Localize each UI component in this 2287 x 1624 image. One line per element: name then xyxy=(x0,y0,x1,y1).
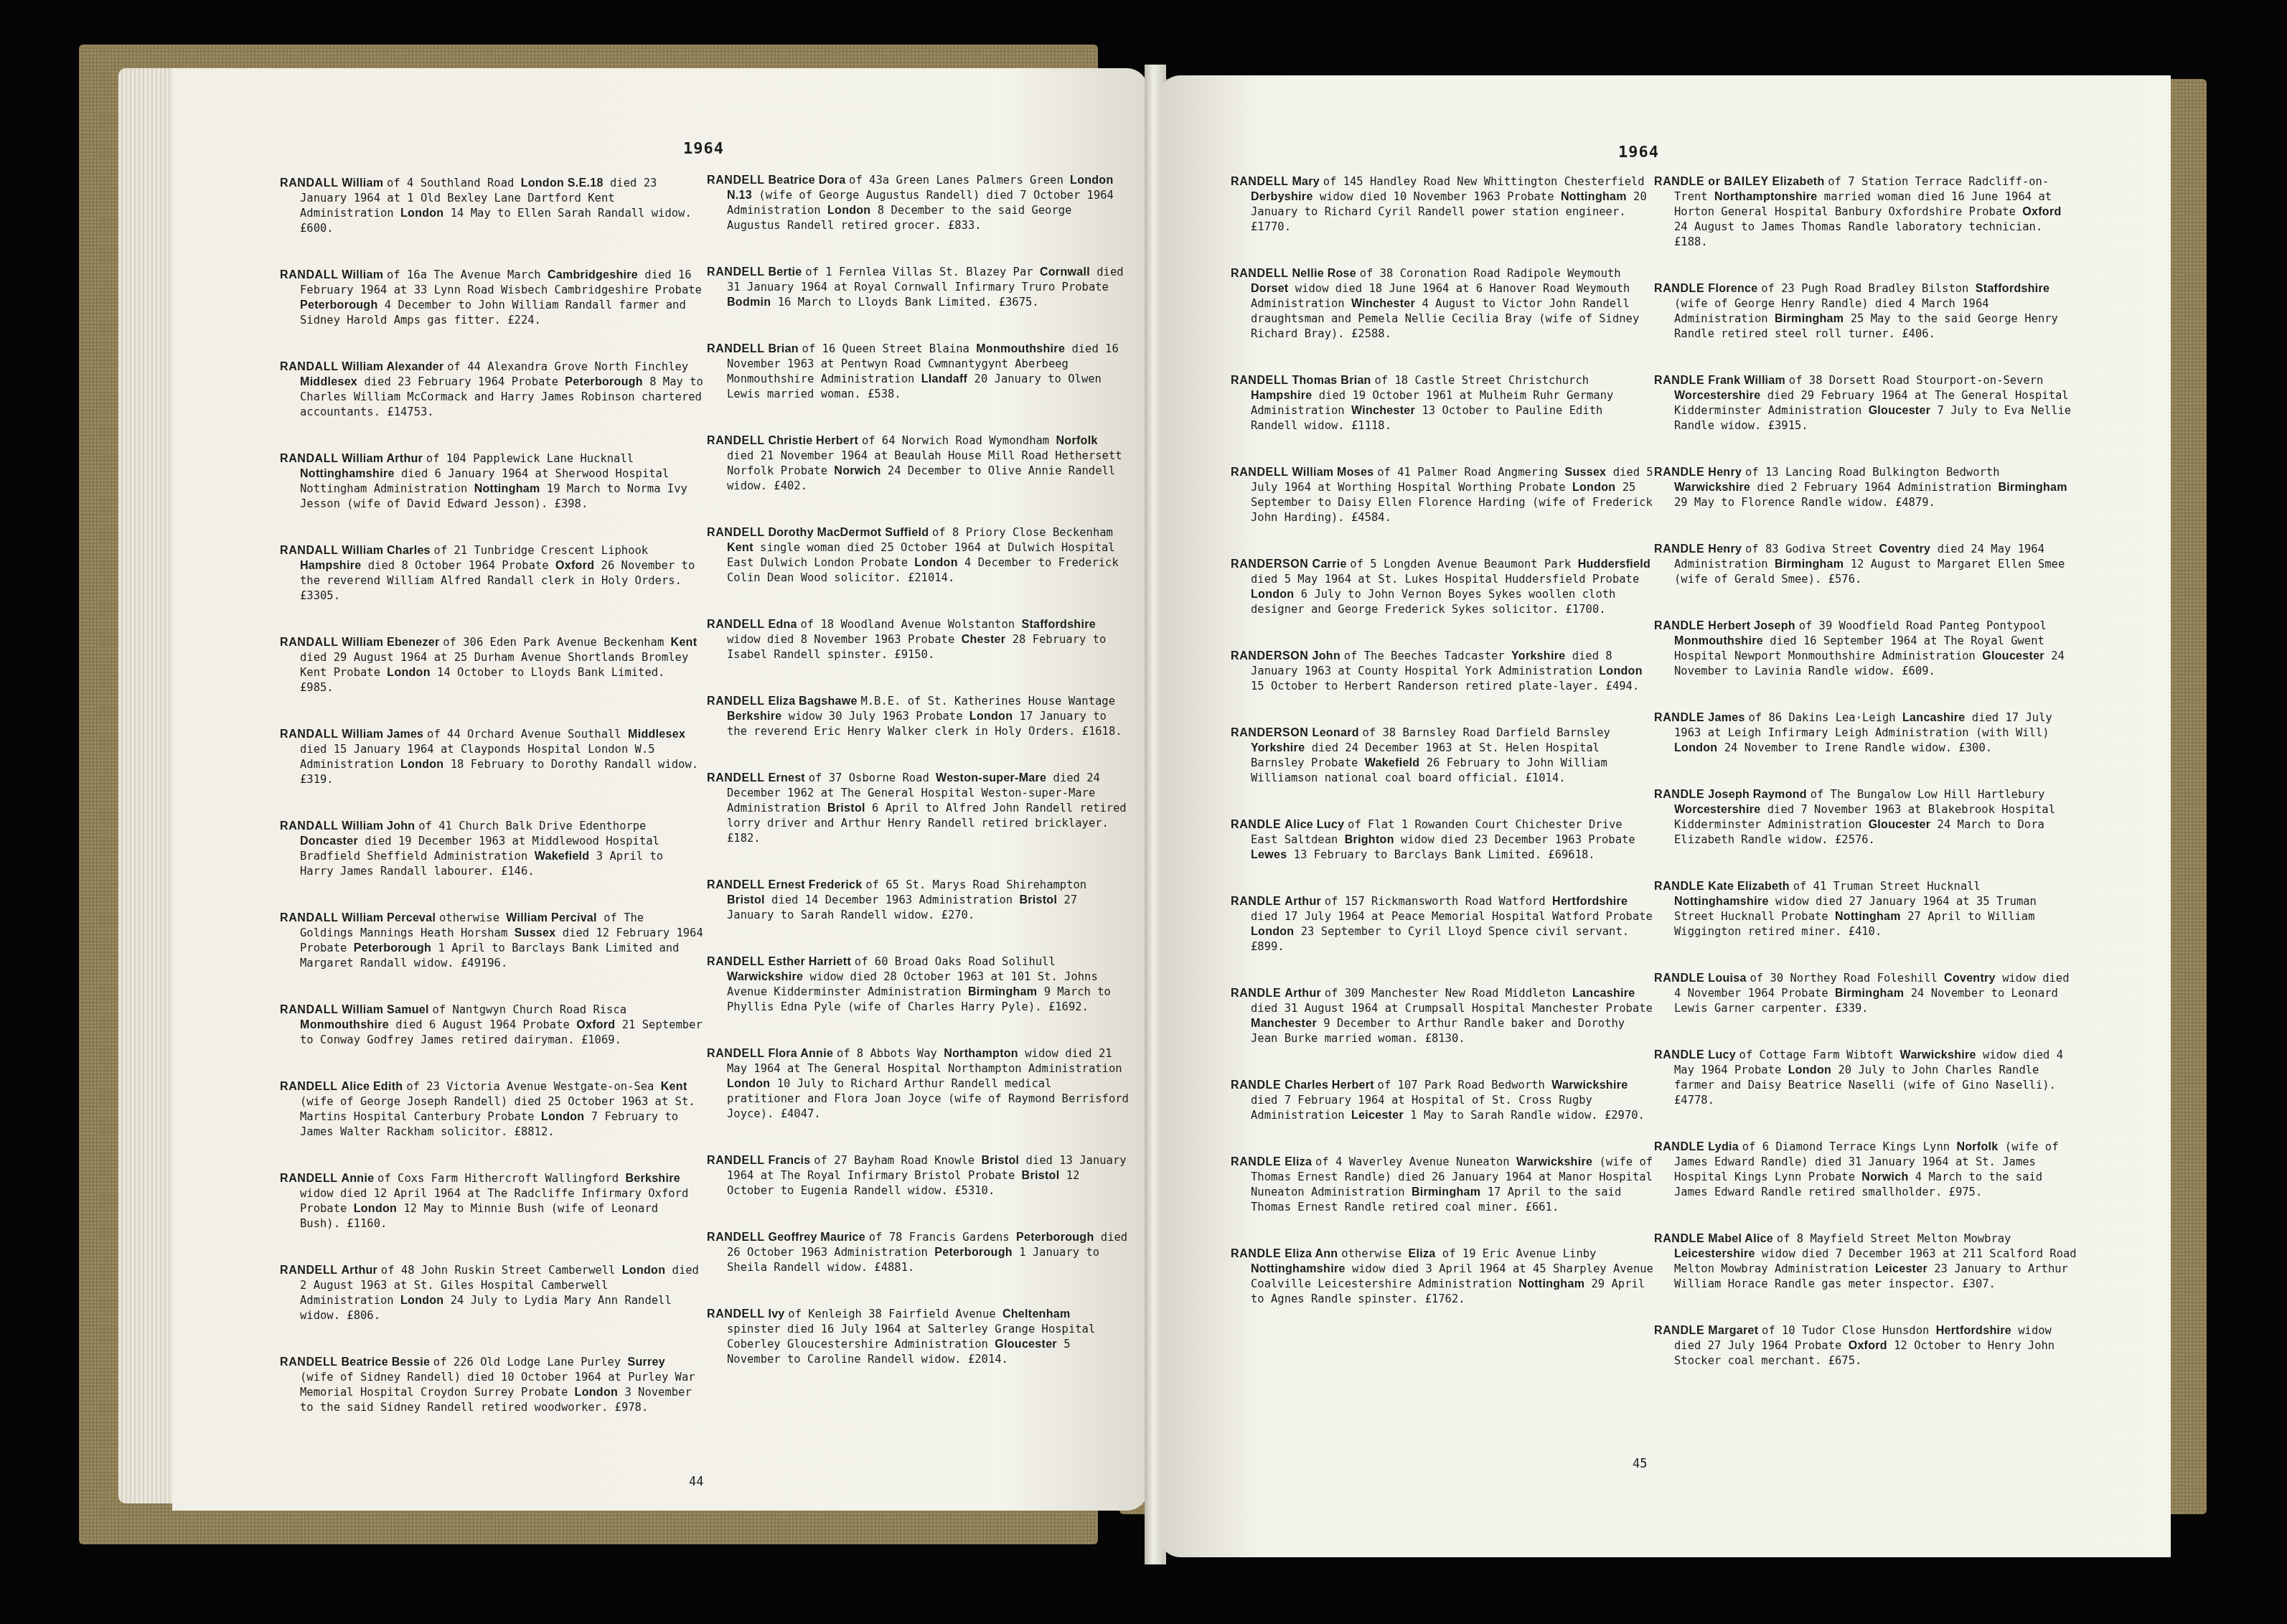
probate-entry: RANDALL William James of 44 Orchard Aven… xyxy=(280,727,703,787)
entry-given-names: Arthur xyxy=(1285,987,1324,1000)
probate-entry: RANDLE Arthur of 157 Rickmansworth Road … xyxy=(1231,894,1654,954)
entry-place-bold: Brighton xyxy=(1345,834,1394,846)
entry-given-names: Frank William xyxy=(1708,375,1789,387)
entry-place-bold: Bristol xyxy=(827,802,865,815)
probate-entry: RANDLE Frank William of 38 Dorsett Road … xyxy=(1654,373,2077,433)
probate-entry: RANDLE Louisa of 30 Northey Road Foleshi… xyxy=(1654,971,2077,1016)
entry-place-bold: Leicestershire xyxy=(1674,1248,1755,1260)
probate-entry: RANDALL William John of 41 Church Balk D… xyxy=(280,819,703,879)
entry-place-bold: Nottingham xyxy=(1835,911,1901,923)
entry-place-bold: Chester xyxy=(962,634,1006,646)
entry-surname: RANDALL xyxy=(280,545,342,557)
probate-entry: RANDLE Henry of 83 Godiva Street Coventr… xyxy=(1654,542,2077,587)
entry-surname: RANDELL xyxy=(707,1155,768,1167)
entry-place-bold: Sussex xyxy=(1564,466,1606,479)
entry-given-names: Beatrice Dora xyxy=(768,174,849,187)
probate-entry: RANDELL Thomas Brian of 18 Castle Street… xyxy=(1231,373,1654,433)
entry-place-bold: London xyxy=(727,1078,770,1090)
entry-place-bold: Birmingham xyxy=(968,986,1037,998)
probate-entry: RANDELL Arthur of 48 John Ruskin Street … xyxy=(280,1263,703,1323)
entry-given-names: Ernest Frederick xyxy=(768,879,865,891)
entry-given-names: Arthur xyxy=(1285,896,1324,908)
entry-place-bold: Huddersfield xyxy=(1578,558,1650,571)
probate-entry: RANDLE Henry of 13 Lancing Road Bulkingt… xyxy=(1654,465,2077,510)
entry-place-bold: Nottingham xyxy=(1561,191,1627,203)
entry-place-bold: Coventry xyxy=(1879,543,1931,555)
entry-given-names: John xyxy=(1312,650,1344,662)
probate-entry: RANDELL Geoffrey Maurice of 78 Francis G… xyxy=(707,1230,1130,1275)
year-heading: 1964 xyxy=(1618,144,1659,161)
entry-place-bold: Middlesex xyxy=(628,728,685,741)
entry-given-names: Annie xyxy=(341,1173,377,1185)
entry-place-bold: Lewes xyxy=(1251,849,1287,861)
entry-place-bold: London xyxy=(541,1111,584,1123)
probate-entry: RANDLE Florence of 23 Pugh Road Bradley … xyxy=(1654,281,2077,342)
entry-place-bold: Norfolk xyxy=(1956,1141,1998,1153)
entry-surname: RANDELL xyxy=(707,879,768,891)
entry-given-names: William Ebenezer xyxy=(342,637,443,649)
entry-place-bold: Gloucester xyxy=(1982,650,2044,662)
probate-entry: RANDELL Esther Harriett of 60 Broad Oaks… xyxy=(707,954,1130,1015)
entry-place-bold: Kent xyxy=(727,542,753,554)
probate-entry: RANDELL Brian of 16 Queen Street Blaina … xyxy=(707,342,1130,402)
entry-surname: RANDLE xyxy=(1231,1156,1285,1168)
probate-entry: RANDELL Alice Edith of 23 Victoria Avenu… xyxy=(280,1079,703,1140)
entry-place-bold: Gloucester xyxy=(995,1338,1057,1351)
probate-entry: RANDLE Eliza Ann otherwise Eliza of 19 E… xyxy=(1231,1247,1654,1307)
entry-given-names: Arthur xyxy=(341,1264,380,1277)
probate-entry: RANDLE Charles Herbert of 107 Park Road … xyxy=(1231,1078,1654,1123)
entry-place-bold: Leicester xyxy=(1351,1109,1404,1122)
entry-given-names: William John xyxy=(342,820,418,832)
probate-entry: RANDLE Lucy of Cottage Farm Wibtoft Warw… xyxy=(1654,1048,2077,1108)
entry-place-bold: London xyxy=(1788,1064,1831,1076)
entry-place-bold: Cambridgeshire xyxy=(548,269,638,281)
entry-given-names: Alice Lucy xyxy=(1285,819,1348,831)
probate-entry: RANDELL Beatrice Dora of 43a Green Lanes… xyxy=(707,173,1130,233)
entry-place-bold: Yorkshire xyxy=(1251,742,1305,754)
entry-place-bold: Kent xyxy=(661,1081,687,1093)
entry-given-names: Elizabeth xyxy=(1772,176,1828,188)
entry-place-bold: Wakefield xyxy=(535,850,590,863)
entry-given-names: Carrie xyxy=(1312,558,1351,571)
entry-surname: RANDLE xyxy=(1654,543,1708,555)
entry-place-bold: Surrey xyxy=(627,1356,665,1369)
entry-place-bold: Llandaff xyxy=(921,373,968,385)
probate-entry: RANDELL Eliza Bagshawe M.B.E. of St. Kat… xyxy=(707,694,1130,739)
entry-place-bold: Kent xyxy=(671,637,698,649)
probate-entry: RANDELL Flora Annie of 8 Abbots Way Nort… xyxy=(707,1046,1130,1122)
entry-surname: RANDLE xyxy=(1654,1325,1708,1337)
entry-surname: RANDELL xyxy=(707,1048,768,1060)
entry-place-bold: Nottinghamshire xyxy=(1674,896,1769,908)
entry-given-names: Lydia xyxy=(1708,1141,1742,1153)
entry-place-bold: Peterborough xyxy=(934,1247,1013,1259)
entry-given-names: Flora Annie xyxy=(768,1048,836,1060)
entry-place-bold: Hampshire xyxy=(300,560,361,572)
probate-entry: RANDELL Bertie of 1 Fernlea Villas St. B… xyxy=(707,265,1130,310)
left-page-column-1: RANDALL William of 4 Southland Road Lond… xyxy=(280,176,703,1447)
right-page: 1964 RANDELL Mary of 145 Handley Road Ne… xyxy=(1159,75,2171,1557)
entry-place-bold: London xyxy=(914,557,957,569)
entry-surname: RANDELL xyxy=(1231,466,1292,479)
entry-given-names: Mary xyxy=(1292,176,1323,188)
entry-place-bold: Gloucester xyxy=(1869,405,1931,417)
entry-given-names: Ernest xyxy=(768,772,808,784)
entry-place-bold: London xyxy=(969,710,1013,723)
entry-given-names: Geoffrey Maurice xyxy=(768,1231,868,1244)
probate-entry: RANDLE Eliza of 4 Waverley Avenue Nuneat… xyxy=(1231,1155,1654,1215)
entry-surname: RANDLE xyxy=(1654,466,1708,479)
entry-given-names: James xyxy=(1708,712,1748,724)
entry-place-bold: London xyxy=(387,667,430,679)
entry-place-bold: Worcestershire xyxy=(1674,804,1760,816)
entry-surname: RANDELL xyxy=(707,174,768,187)
probate-entry: RANDELL Ivy of Kenleigh 38 Fairfield Ave… xyxy=(707,1307,1130,1367)
page-number: 44 xyxy=(689,1475,703,1489)
entry-place-bold: Warwickshire xyxy=(1551,1079,1628,1092)
probate-entry: RANDERSON Carrie of 5 Longden Avenue Bea… xyxy=(1231,557,1654,617)
entry-given-names: Eliza Bagshawe xyxy=(768,695,860,708)
entry-given-names: Lucy xyxy=(1708,1049,1739,1061)
probate-entry: RANDLE Herbert Joseph of 39 Woodfield Ro… xyxy=(1654,619,2077,679)
entry-given-names: Margaret xyxy=(1708,1325,1762,1337)
entry-place-bold: Northampton xyxy=(944,1048,1018,1060)
entry-given-names: Eliza Ann xyxy=(1285,1248,1341,1260)
entry-given-names: Charles Herbert xyxy=(1285,1079,1377,1092)
probate-entry: RANDALL William Ebenezer of 306 Eden Par… xyxy=(280,635,703,695)
entry-place-bold: London xyxy=(575,1386,618,1399)
probate-entry: RANDALL William Charles of 21 Tunbridge … xyxy=(280,543,703,604)
entry-surname: RANDELL xyxy=(707,343,768,355)
entry-place-bold: Peterborough xyxy=(1016,1231,1094,1244)
entry-place-bold: Birmingham xyxy=(1412,1186,1480,1198)
entry-given-names: Ivy xyxy=(768,1308,788,1320)
probate-entry: RANDLE or BAILEY Elizabeth of 7 Station … xyxy=(1654,174,2077,250)
entry-place-bold: Peterborough xyxy=(300,299,378,311)
probate-entry: RANDLE James of 86 Dakins Lea·Leigh Lanc… xyxy=(1654,710,2077,756)
probate-entry: RANDLE Alice Lucy of Flat 1 Rowanden Cou… xyxy=(1231,817,1654,863)
entry-given-names: Beatrice Bessie xyxy=(341,1356,433,1369)
entry-surname: RANDALL xyxy=(280,637,342,649)
entry-given-names: Esther Harriett xyxy=(768,956,854,968)
entry-place-bold: Hampshire xyxy=(1251,390,1312,402)
entry-surname: RANDLE xyxy=(1231,896,1285,908)
entry-given-names: William James xyxy=(342,728,427,741)
entry-place-bold: Worcestershire xyxy=(1674,390,1760,402)
entry-place-bold: London xyxy=(1251,588,1294,601)
entry-place-bold: Winchester xyxy=(1351,405,1415,417)
probate-entry: RANDELL Francis of 27 Bayham Road Knowle… xyxy=(707,1153,1130,1198)
entry-given-names: William Charles xyxy=(342,545,433,557)
entry-place-bold: Bristol xyxy=(727,894,765,906)
entry-surname: RANDLE xyxy=(1231,1248,1285,1260)
entry-place-bold: Yorkshire xyxy=(1511,650,1565,662)
probate-entry: RANDELL Ernest Frederick of 65 St. Marys… xyxy=(707,878,1130,923)
entry-surname: RANDELL xyxy=(707,956,768,968)
entry-place-bold: Nottingham xyxy=(474,483,540,495)
entry-surname: RANDERSON xyxy=(1231,558,1312,571)
entry-surname: RANDELL xyxy=(280,1356,341,1369)
entry-place-bold: Manchester xyxy=(1251,1018,1317,1030)
probate-entry: RANDELL Mary of 145 Handley Road New Whi… xyxy=(1231,174,1654,235)
entry-place-bold: London xyxy=(1251,926,1294,938)
entry-place-bold: Norwich xyxy=(834,465,880,477)
entry-surname: RANDELL xyxy=(707,619,768,631)
entry-place-bold: Nottinghamshire xyxy=(1251,1263,1346,1275)
probate-entry: RANDELL Edna of 18 Woodland Avenue Wolst… xyxy=(707,617,1130,662)
entry-surname: RANDLE xyxy=(1654,283,1708,295)
entry-surname: RANDELL xyxy=(280,1264,341,1277)
entry-surname: RANDLE xyxy=(1654,789,1708,801)
entry-place-bold: Lancashire xyxy=(1902,712,1965,724)
entry-place-bold: London xyxy=(1572,482,1615,494)
entry-place-bold: William Percival xyxy=(506,912,597,924)
entry-place-bold: Oxford xyxy=(576,1019,615,1031)
entry-given-names: Christie Herbert xyxy=(768,435,861,447)
entry-place-bold: Warwickshire xyxy=(1516,1156,1592,1168)
year-heading: 1964 xyxy=(683,140,724,158)
entry-place-bold: Doncaster xyxy=(300,835,358,848)
entry-place-bold: Birmingham xyxy=(1775,558,1844,571)
probate-entry: RANDALL William of 16a The Avenue March … xyxy=(280,268,703,328)
entry-place-bold: Cornwall xyxy=(1040,266,1090,278)
entry-given-names: Henry xyxy=(1708,466,1745,479)
entry-given-names: William Moses xyxy=(1292,466,1377,479)
left-page-column-2: RANDELL Beatrice Dora of 43a Green Lanes… xyxy=(707,173,1130,1399)
entry-place-bold: London xyxy=(354,1203,397,1215)
entry-place-bold: Middlesex xyxy=(300,376,357,388)
entry-given-names: Joseph Raymond xyxy=(1708,789,1810,801)
entry-surname: RANDLE xyxy=(1654,712,1708,724)
entry-surname: RANDELL xyxy=(1231,375,1292,387)
entry-surname: RANDLE xyxy=(1654,1141,1708,1153)
probate-entry: RANDALL William Samuel of Nantgwyn Churc… xyxy=(280,1003,703,1048)
entry-place-bold: Cheltenham xyxy=(1002,1308,1071,1320)
entry-given-names: Florence xyxy=(1708,283,1761,295)
entry-surname: RANDELL xyxy=(707,1231,768,1244)
entry-place-bold: Monmouthshire xyxy=(1674,635,1763,647)
entry-place-bold: Warwickshire xyxy=(1900,1049,1976,1061)
probate-entry: RANDALL William Alexander of 44 Alexandr… xyxy=(280,360,703,420)
entry-surname: RANDERSON xyxy=(1231,650,1312,662)
entry-surname: RANDALL xyxy=(280,1004,342,1016)
entry-surname: RANDLE xyxy=(1654,1233,1708,1245)
entry-surname: RANDLE xyxy=(1654,375,1708,387)
entry-place-bold: Norwich xyxy=(1861,1171,1908,1183)
entry-place-bold: Dorset xyxy=(1251,283,1288,295)
entry-place-bold: London xyxy=(827,205,870,217)
entry-surname: RANDELL xyxy=(1231,176,1292,188)
entry-surname: RANDELL xyxy=(707,772,768,784)
entry-surname: RANDLE xyxy=(1654,881,1708,893)
entry-place-bold: Bristol xyxy=(1022,1170,1060,1182)
entry-place-bold: Birmingham xyxy=(1835,987,1904,1000)
entry-surname: RANDALL xyxy=(280,912,342,924)
entry-place-bold: Monmouthshire xyxy=(300,1019,389,1031)
entry-given-names: Kate Elizabeth xyxy=(1708,881,1793,893)
probate-entry: RANDLE Mabel Alice of 8 Mayfield Street … xyxy=(1654,1231,2077,1292)
probate-entry: RANDLE Kate Elizabeth of 41 Truman Stree… xyxy=(1654,879,2077,939)
probate-entry: RANDALL William Arthur of 104 Papplewick… xyxy=(280,451,703,512)
entry-surname: RANDALL xyxy=(280,269,342,281)
entry-place-bold: Warwickshire xyxy=(1674,482,1750,494)
entry-surname: RANDELL xyxy=(707,1308,768,1320)
entry-place-bold: Wakefield xyxy=(1365,757,1420,769)
entry-place-bold: Winchester xyxy=(1351,298,1415,310)
entry-place-bold: Eliza xyxy=(1409,1248,1436,1260)
entry-place-bold: Oxford xyxy=(1849,1340,1887,1352)
entry-place-bold: Hertfordshire xyxy=(1552,896,1628,908)
probate-entry: RANDLE Arthur of 309 Manchester New Road… xyxy=(1231,986,1654,1046)
entry-place-bold: London xyxy=(400,759,443,771)
entry-surname: RANDLE xyxy=(1231,819,1285,831)
entry-place-bold: Staffordshire xyxy=(1976,283,2049,295)
entry-surname: RANDLE or BAILEY xyxy=(1654,176,1772,188)
entry-given-names: Thomas Brian xyxy=(1292,375,1374,387)
entry-given-names: William xyxy=(342,177,387,189)
entry-place-bold: Hertfordshire xyxy=(1936,1325,2011,1337)
entry-given-names: Leonard xyxy=(1312,727,1363,739)
entry-place-bold: Warwickshire xyxy=(727,971,803,983)
entry-surname: RANDLE xyxy=(1654,620,1708,632)
entry-surname: RANDELL xyxy=(280,1173,341,1185)
entry-surname: RANDLE xyxy=(1231,1079,1285,1092)
entry-place-bold: Weston-super-Mare xyxy=(936,772,1046,784)
entry-surname: RANDALL xyxy=(280,177,342,189)
entry-given-names: William xyxy=(342,269,387,281)
entry-given-names: Bertie xyxy=(768,266,805,278)
entry-given-names: William Alexander xyxy=(342,361,447,373)
entry-place-bold: London xyxy=(1674,742,1717,754)
entry-surname: RANDALL xyxy=(280,361,342,373)
entry-surname: RANDELL xyxy=(707,527,768,539)
probate-entry: RANDLE Lydia of 6 Diamond Terrace Kings … xyxy=(1654,1140,2077,1200)
probate-entry: RANDALL William Perceval otherwise Willi… xyxy=(280,911,703,971)
entry-place-bold: Peterborough xyxy=(565,376,643,388)
entry-given-names: Herbert Joseph xyxy=(1708,620,1798,632)
probate-entry: RANDELL Annie of Coxs Farm Hithercroft W… xyxy=(280,1171,703,1231)
entry-place-bold: Sussex xyxy=(515,927,556,939)
entry-given-names: Francis xyxy=(768,1155,814,1167)
right-page-column-2: RANDLE or BAILEY Elizabeth of 7 Station … xyxy=(1654,174,2077,1400)
entry-place-bold: Coventry xyxy=(1944,972,1996,985)
entry-surname: RANDELL xyxy=(707,435,768,447)
probate-entry: RANDLE Margaret of 10 Tudor Close Hunsdo… xyxy=(1654,1323,2077,1369)
entry-surname: RANDERSON xyxy=(1231,727,1312,739)
entry-place-bold: London xyxy=(400,207,443,220)
entry-place-bold: Birmingham xyxy=(1998,482,2067,494)
probate-entry: RANDELL Nellie Rose of 38 Coronation Roa… xyxy=(1231,266,1654,342)
left-page: 1964 RANDALL William of 4 Southland Road… xyxy=(172,68,1148,1511)
entry-surname: RANDALL xyxy=(280,728,342,741)
probate-entry: RANDELL Dorothy MacDermot Suffield of 8 … xyxy=(707,525,1130,586)
entry-surname: RANDLE xyxy=(1654,1049,1708,1061)
entry-given-names: Henry xyxy=(1708,543,1745,555)
entry-place-bold: Gloucester xyxy=(1869,819,1931,831)
entry-given-names: Alice Edith xyxy=(341,1081,406,1093)
entry-surname: RANDELL xyxy=(707,266,768,278)
probate-entry: RANDERSON John of The Beeches Tadcaster … xyxy=(1231,649,1654,694)
entry-place-bold: London xyxy=(622,1264,665,1277)
entry-surname: RANDALL xyxy=(280,820,342,832)
entry-place-bold: Bristol xyxy=(1019,894,1057,906)
entry-place-bold: Monmouthshire xyxy=(976,343,1065,355)
right-page-column-1: RANDELL Mary of 145 Handley Road New Whi… xyxy=(1231,174,1654,1338)
entry-given-names: William Arthur xyxy=(342,453,426,465)
probate-entry: RANDERSON Leonard of 38 Barnsley Road Da… xyxy=(1231,726,1654,786)
probate-entry: RANDELL William Moses of 41 Palmer Road … xyxy=(1231,465,1654,525)
entry-given-names: William Perceval xyxy=(342,912,439,924)
page-number: 45 xyxy=(1633,1457,1647,1471)
probate-entry: RANDELL Beatrice Bessie of 226 Old Lodge… xyxy=(280,1355,703,1415)
entry-place-bold: London xyxy=(1599,665,1642,677)
entry-surname: RANDELL xyxy=(707,695,768,708)
entry-place-bold: Staffordshire xyxy=(1021,619,1095,631)
entry-place-bold: Nottingham xyxy=(1518,1278,1584,1290)
entry-place-bold: Northamptonshire xyxy=(1714,191,1817,203)
entry-place-bold: Bristol xyxy=(981,1155,1019,1167)
entry-place-bold: Birmingham xyxy=(1775,313,1844,325)
entry-place-bold: London S.E.18 xyxy=(521,177,604,189)
entry-given-names: Eliza xyxy=(1285,1156,1315,1168)
probate-entry: RANDALL William of 4 Southland Road Lond… xyxy=(280,176,703,236)
entry-place-bold: Bodmin xyxy=(727,296,771,309)
entry-place-bold: Oxford xyxy=(555,560,594,572)
entry-given-names: Louisa xyxy=(1708,972,1750,985)
entry-place-bold: Oxford xyxy=(2022,206,2061,218)
probate-entry: RANDLE Joseph Raymond of The Bungalow Lo… xyxy=(1654,787,2077,848)
entry-given-names: William Samuel xyxy=(342,1004,432,1016)
entry-surname: RANDLE xyxy=(1231,987,1285,1000)
entry-place-bold: Lancashire xyxy=(1572,987,1635,1000)
probate-entry: RANDELL Ernest of 37 Osborne Road Weston… xyxy=(707,771,1130,846)
entry-given-names: Dorothy MacDermot Suffield xyxy=(768,527,932,539)
entry-surname: RANDELL xyxy=(1231,268,1292,280)
entry-given-names: Edna xyxy=(768,619,800,631)
entry-place-bold: Nottinghamshire xyxy=(300,468,395,480)
entry-place-bold: Norfolk xyxy=(1056,435,1098,447)
entry-place-bold: London xyxy=(400,1295,443,1307)
entry-place-bold: Leicester xyxy=(1875,1263,1927,1275)
entry-surname: RANDLE xyxy=(1654,972,1708,985)
entry-given-names: Brian xyxy=(768,343,802,355)
entry-given-names: Nellie Rose xyxy=(1292,268,1359,280)
entry-surname: RANDALL xyxy=(280,453,342,465)
probate-entry: RANDELL Christie Herbert of 64 Norwich R… xyxy=(707,433,1130,494)
entry-surname: RANDELL xyxy=(280,1081,341,1093)
entry-place-bold: Peterborough xyxy=(354,942,432,954)
entry-place-bold: Berkshire xyxy=(625,1173,680,1185)
entry-place-bold: Berkshire xyxy=(727,710,782,723)
entry-place-bold: Derbyshire xyxy=(1251,191,1313,203)
entry-given-names: Mabel Alice xyxy=(1708,1233,1776,1245)
